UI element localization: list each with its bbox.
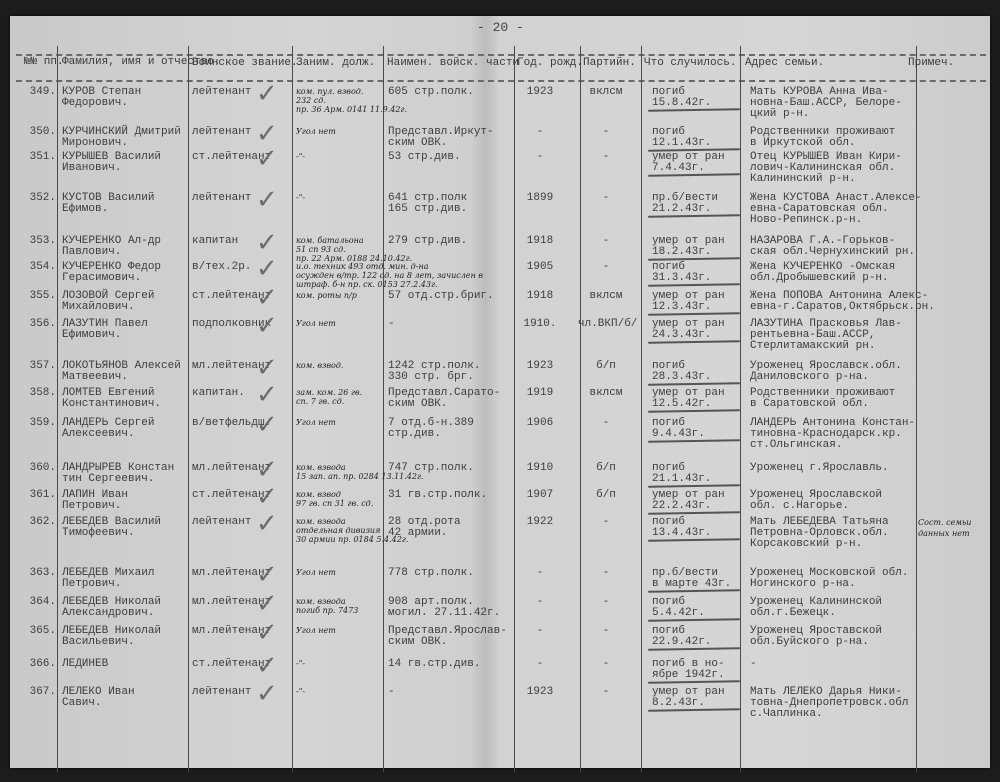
cell-year: 1923 [510, 87, 570, 98]
cell-unit: Представл.Сарато- ским ОВК. [388, 388, 500, 410]
cell-name: КУЧЕРЕНКО Ал-др Павлович. [62, 236, 161, 258]
cell-address: Уроженец Ярославской обл. с.Нагорье. [750, 490, 882, 512]
cell-num: 365. [22, 626, 56, 637]
cell-unit: 747 стр.полк. [388, 463, 474, 474]
cell-address: НАЗАРОВА Г.А.-Горьков- ская обл.Чернухин… [750, 236, 915, 258]
cell-address: Жена ПОПОВА Антонина Алекс- евна-г.Сарат… [750, 291, 935, 313]
header-event: Что случилось. [644, 57, 736, 69]
cell-position: -"- [296, 687, 305, 696]
cell-address: Родственники проживают в Саратовской обл… [750, 388, 895, 410]
cell-num: 349. [22, 87, 56, 98]
cell-year: - [510, 597, 570, 608]
cell-unit: 31 гв.стр.полк. [388, 490, 487, 501]
cell-party: - [578, 659, 634, 670]
cell-unit: 7 отд.б-н.389 стр.див. [388, 418, 474, 440]
cell-unit: 641 стр.полк 165 стр.див. [388, 193, 467, 215]
cell-name: ЛОЗОВОЙ Сергей Михайлович. [62, 291, 154, 313]
cell-name: ЛАНДРЫРЕВ Констан тин Сергеевич. [62, 463, 174, 485]
column-divider [188, 46, 189, 772]
cell-event: погиб 21.1.43г. [652, 463, 711, 485]
cell-name: КУСТОВ Василий Ефимов. [62, 193, 154, 215]
header-num: №№ пп. [24, 57, 56, 68]
cell-event: умер от ран 18.2.43г. [652, 236, 725, 258]
cell-year: - [510, 152, 570, 163]
cell-unit: Представл.Ярослав- ским ОВК. [388, 626, 507, 648]
cell-note: Сост. семьи данных нет [918, 517, 971, 539]
cell-event: умер от ран 7.4.43г. [652, 152, 725, 174]
cell-num: 352. [22, 193, 56, 204]
cell-event: погиб в но- ябре 1942г. [652, 659, 725, 681]
cell-num: 361. [22, 490, 56, 501]
cell-num: 363. [22, 568, 56, 579]
cell-rank: лейтенант [192, 517, 251, 528]
cell-party: б/п [578, 463, 634, 474]
checkmark-icon: ✓ [256, 683, 278, 705]
cell-party: - [578, 418, 634, 429]
cell-unit: 605 стр.полк. [388, 87, 474, 98]
column-divider [292, 46, 293, 772]
cell-num: 354. [22, 262, 56, 273]
cell-party: - [578, 517, 634, 528]
cell-party: б/п [578, 490, 634, 501]
cell-event: пр.б/вести 21.2.43г. [652, 193, 718, 215]
column-divider [641, 46, 642, 772]
checkmark-icon: ✓ [256, 513, 278, 535]
cell-address: ЛАЗУТИНА Прасковья Лав- рентьевна-Баш.АС… [750, 319, 902, 352]
header-address: Адрес семьи. [745, 57, 824, 69]
cell-num: 355. [22, 291, 56, 302]
cell-party: чл.ВКП/б/ [578, 319, 634, 330]
cell-position: -"- [296, 152, 305, 161]
cell-name: ЛОМТЕВ Евгений Константинович. [62, 388, 161, 410]
cell-position: Угол нет [296, 568, 336, 577]
cell-event: погиб 31.3.43г. [652, 262, 711, 284]
cell-rank: лейтенант [192, 127, 251, 138]
cell-name: ЛЕБЕДЕВ Николай Васильевич. [62, 626, 161, 648]
cell-address: ЛАНДЕРЬ Антонина Констан- тиновна-Красно… [750, 418, 915, 451]
cell-position: Угол нет [296, 626, 336, 635]
cell-year: 1923 [510, 687, 570, 698]
cell-event: погиб 12.1.43г. [652, 127, 711, 149]
cell-party: - [578, 687, 634, 698]
cell-unit: 57 отд.стр.бриг. [388, 291, 494, 302]
cell-name: ЛЕБЕДЕВ Николай Александрович. [62, 597, 161, 619]
cell-name: ЛАЗУТИН Павел Ефимович. [62, 319, 148, 341]
cell-address: Уроженец Московской обл. Ногинского р-на… [750, 568, 908, 590]
cell-year: 1907 [510, 490, 570, 501]
checkmark-icon: ✓ [256, 315, 278, 337]
cell-event: погиб 15.8.42г. [652, 87, 711, 109]
cell-name: КУРЧИНСКИЙ Дмитрий Миронович. [62, 127, 181, 149]
column-divider [383, 46, 384, 772]
cell-name: ЛЕДИНЕВ [62, 659, 108, 670]
cell-party: - [578, 568, 634, 579]
cell-address: Уроженец Яроставской обл.Буйского р-на. [750, 626, 882, 648]
cell-year: 1906 [510, 418, 570, 429]
cell-position: ком. взвод. [296, 361, 343, 370]
header-position: Заним. долж. [296, 57, 375, 69]
cell-unit: - [388, 319, 395, 330]
cell-address: Уроженец Калининской обл.г.Бежецк. [750, 597, 882, 619]
cell-event: погиб 5.4.42г. [652, 597, 705, 619]
cell-address: Жена КУЧЕРЕНКО -Омская обл.Дробышевский … [750, 262, 895, 284]
cell-position: Угол нет [296, 127, 336, 136]
cell-unit: 28 отд.рота 42 армии. [388, 517, 461, 539]
cell-party: - [578, 127, 634, 138]
cell-address: Мать КУРОВА Анна Ива- новна-Баш.АССР, Бе… [750, 87, 902, 120]
header-bottom-rule [16, 80, 986, 82]
header-birth-year: Год. рожд. [517, 57, 583, 69]
cell-position: и.о. техник 493 отд. мин. д-на осужден в… [296, 262, 483, 289]
cell-party: - [578, 236, 634, 247]
cell-num: 362. [22, 517, 56, 528]
cell-num: 358. [22, 388, 56, 399]
cell-year: 1922 [510, 517, 570, 528]
cell-year: 1918 [510, 291, 570, 302]
cell-rank: лейтенант [192, 687, 251, 698]
cell-event: погиб 13.4.43г. [652, 517, 711, 539]
cell-name: ЛАПИН Иван Петрович. [62, 490, 128, 512]
checkmark-icon: ✓ [256, 622, 278, 644]
checkmark-icon: ✓ [256, 459, 278, 481]
cell-year: 1918 [510, 236, 570, 247]
cell-unit: 279 стр.див. [388, 236, 467, 247]
cell-year: 1905 [510, 262, 570, 273]
header-rank: Воинское звание. [192, 57, 298, 69]
cell-position: ком. взвод 97 гв. сп 31 гв. сд. [296, 490, 373, 508]
page-number: - 20 - [477, 20, 524, 35]
cell-address: Родственники проживают в Иркутской обл. [750, 127, 895, 149]
checkmark-icon: ✓ [256, 384, 278, 406]
cell-num: 356. [22, 319, 56, 330]
cell-event: умер от ран 8.2.43г. [652, 687, 725, 709]
cell-rank: капитан [192, 236, 238, 247]
cell-position: ком. роты п/р [296, 291, 357, 300]
cell-unit: 778 стр.полк. [388, 568, 474, 579]
cell-rank: лейтенант [192, 193, 251, 204]
cell-year: 1923 [510, 361, 570, 372]
checkmark-icon: ✓ [256, 486, 278, 508]
cell-party: вклсм [578, 291, 634, 302]
cell-num: 367. [22, 687, 56, 698]
cell-address: Уроженец г.Ярославль. [750, 463, 889, 474]
header-note: Примеч. [908, 57, 954, 69]
cell-year: 1919 [510, 388, 570, 399]
cell-rank: лейтенант [192, 87, 251, 98]
cell-name: ЛЕБЕДЕВ Василий Тимофеевич. [62, 517, 161, 539]
checkmark-icon: ✓ [256, 593, 278, 615]
cell-party: - [578, 152, 634, 163]
cell-unit: 1242 стр.полк. 330 стр. брг. [388, 361, 480, 383]
header-name: Фамилия, имя и отчество. [62, 57, 186, 68]
cell-year: - [510, 568, 570, 579]
cell-year: 1910. [510, 319, 570, 330]
checkmark-icon: ✓ [256, 258, 278, 280]
cell-unit: 14 гв.стр.див. [388, 659, 480, 670]
header-unit: Наимен. войск. части [387, 57, 519, 69]
cell-address: Мать ЛЕЛЕКО Дарья Ники- товна-Днепропетр… [750, 687, 908, 720]
checkmark-icon: ✓ [256, 357, 278, 379]
checkmark-icon: ✓ [256, 287, 278, 309]
cell-name: ЛЕЛЕКО Иван Савич. [62, 687, 135, 709]
cell-event: погиб 28.3.43г. [652, 361, 711, 383]
cell-party: б/п [578, 361, 634, 372]
cell-name: ЛАНДЕРЬ Сергей Алексеевич. [62, 418, 154, 440]
checkmark-icon: ✓ [256, 148, 278, 170]
cell-num: 350. [22, 127, 56, 138]
cell-unit: 908 арт.полк. могил. 27.11.42г. [388, 597, 500, 619]
cell-unit: - [388, 687, 395, 698]
cell-party: вклсм [578, 388, 634, 399]
cell-name: КУЧЕРЕНКО Федор Герасимович. [62, 262, 161, 284]
cell-event: умер от ран 12.5.42г. [652, 388, 725, 410]
cell-party: - [578, 626, 634, 637]
cell-position: Угол нет [296, 319, 336, 328]
cell-event: умер от ран 24.3.43г. [652, 319, 725, 341]
column-divider [57, 46, 58, 772]
checkmark-icon: ✓ [256, 414, 278, 436]
cell-address: Жена КУСТОВА Анаст.Алексе- евна-Саратовс… [750, 193, 922, 226]
cell-year: - [510, 659, 570, 670]
cell-position: -"- [296, 659, 305, 668]
cell-address: - [750, 659, 757, 670]
cell-num: 364. [22, 597, 56, 608]
checkmark-icon: ✓ [256, 655, 278, 677]
cell-address: Мать ЛЕБЕДЕВА Татьяна Петровна-Орловск.о… [750, 517, 889, 550]
cell-event: погиб 22.9.42г. [652, 626, 711, 648]
cell-year: - [510, 127, 570, 138]
cell-name: КУРЫШЕВ Василий Иванович. [62, 152, 161, 174]
column-divider [916, 46, 917, 772]
column-divider [740, 46, 741, 772]
cell-rank: в/тех.2р. [192, 262, 251, 273]
cell-num: 353. [22, 236, 56, 247]
cell-position: ком. взвода погиб пр. 7473 [296, 597, 358, 615]
cell-position: -"- [296, 193, 305, 202]
cell-unit: 53 стр.див. [388, 152, 461, 163]
cell-name: ЛОКОТЬЯНОВ Алексей Матвеевич. [62, 361, 181, 383]
cell-address: Отец КУРЫШЕВ Иван Кири- лович-Калининска… [750, 152, 902, 185]
cell-year: 1899 [510, 193, 570, 204]
cell-event: умер от ран 22.2.43г. [652, 490, 725, 512]
cell-year: - [510, 626, 570, 637]
cell-address: Уроженец Ярославск.обл. Даниловского р-н… [750, 361, 902, 383]
cell-rank: капитан. [192, 388, 245, 399]
cell-event: пр.б/вести в марте 43г. [652, 568, 731, 590]
cell-year: 1910 [510, 463, 570, 474]
cell-unit: Представл.Иркут- ским ОВК. [388, 127, 494, 149]
cell-name: ЛЕБЕДЕВ Михаил Петрович. [62, 568, 154, 590]
cell-party: - [578, 597, 634, 608]
cell-position: зам. ком. 26 гв. сп. 7 гв. сд. [296, 388, 362, 406]
cell-event: погиб 9.4.43г. [652, 418, 705, 440]
cell-num: 359. [22, 418, 56, 429]
cell-position: Угол нет [296, 418, 336, 427]
cell-name: КУРОВ Степан Федорович. [62, 87, 141, 109]
checkmark-icon: ✓ [256, 232, 278, 254]
checkmark-icon: ✓ [256, 189, 278, 211]
cell-num: 360. [22, 463, 56, 474]
cell-party: - [578, 193, 634, 204]
cell-event: умер от ран 12.3.43г. [652, 291, 725, 313]
cell-num: 357. [22, 361, 56, 372]
checkmark-icon: ✓ [256, 123, 278, 145]
cell-num: 351. [22, 152, 56, 163]
cell-party: вклсм [578, 87, 634, 98]
checkmark-icon: ✓ [256, 564, 278, 586]
cell-num: 366. [22, 659, 56, 670]
checkmark-icon: ✓ [256, 83, 278, 105]
header-party: Партийн. [583, 57, 636, 69]
cell-party: - [578, 262, 634, 273]
